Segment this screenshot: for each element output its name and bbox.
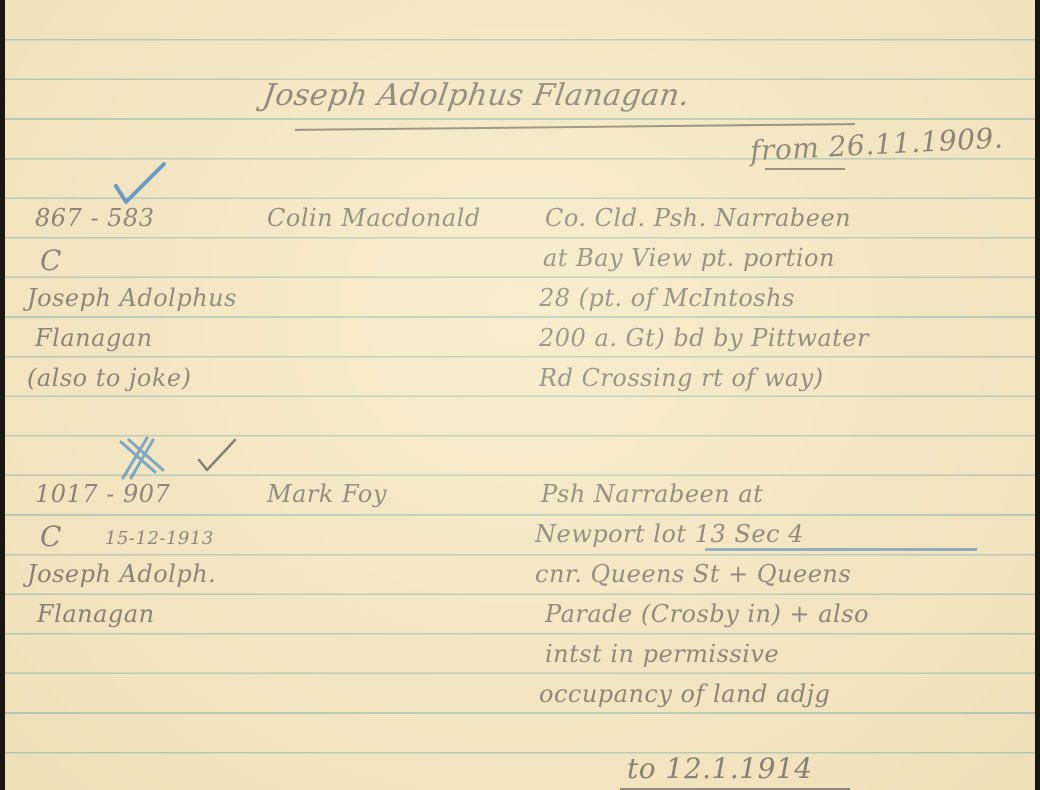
from-underline bbox=[765, 168, 845, 170]
entry-1-holder-line-3: (also to joke) bbox=[27, 364, 191, 392]
entry-2-desc-line-5: intst in permissive bbox=[545, 640, 779, 668]
entry-2-date: 15-12-1913 bbox=[105, 528, 214, 549]
entry-1-desc-line-2: at Bay View pt. portion bbox=[543, 244, 835, 272]
to-date: to 12.1.1914 bbox=[627, 752, 813, 785]
entry-1-holder-line-1: Joseph Adolphus bbox=[27, 284, 237, 312]
blue-cross-hatch-icon bbox=[115, 432, 175, 482]
entry-2-desc-line-6: occupancy of land adjg bbox=[539, 680, 830, 708]
ledger-page: Joseph Adolphus Flanagan. from 26.11.190… bbox=[5, 0, 1035, 790]
blue-checkmark-icon bbox=[110, 160, 170, 208]
entry-2-holder-line-1: Joseph Adolph. bbox=[27, 560, 216, 588]
from-date: from 26.11.1909. bbox=[749, 121, 1004, 167]
blue-pencil-underline bbox=[705, 548, 977, 551]
entry-1-party: Colin Macdonald bbox=[267, 204, 481, 232]
entry-2-party: Mark Foy bbox=[267, 480, 387, 508]
entry-1-reference: 867 - 583 bbox=[35, 204, 154, 232]
page-title-name: Joseph Adolphus Flanagan. bbox=[261, 78, 692, 113]
entry-2-reference: 1017 - 907 bbox=[35, 480, 170, 508]
entry-1-desc-line-3: 28 (pt. of McIntoshs bbox=[539, 284, 795, 312]
entry-1-holder-line-2: Flanagan bbox=[35, 324, 153, 352]
grey-checkmark-icon bbox=[195, 436, 239, 476]
entry-1-desc-line-5: Rd Crossing rt of way) bbox=[539, 364, 824, 392]
entry-1-desc-line-4: 200 a. Gt) bd by Pittwater bbox=[539, 324, 869, 352]
title-underline bbox=[295, 123, 855, 131]
entry-2-holder-line-2: Flanagan bbox=[37, 600, 155, 628]
entry-2-desc-line-2: Newport lot 13 Sec 4 bbox=[535, 520, 804, 548]
entry-2-desc-line-1: Psh Narrabeen at bbox=[541, 480, 763, 508]
entry-1-code: C bbox=[40, 244, 62, 277]
entry-2-code: C bbox=[40, 520, 62, 553]
entry-1-desc-line-1: Co. Cld. Psh. Narrabeen bbox=[545, 204, 851, 232]
entry-2-desc-line-3: cnr. Queens St + Queens bbox=[535, 560, 851, 588]
entry-2-desc-line-4: Parade (Crosby in) + also bbox=[545, 600, 869, 628]
